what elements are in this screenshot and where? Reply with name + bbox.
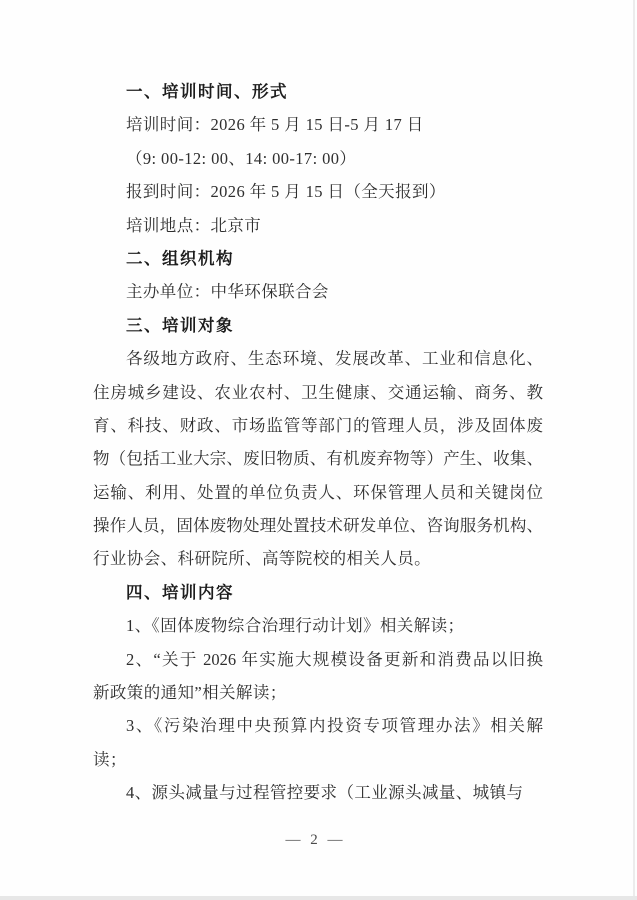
document-page: 一、培训时间、形式 培训时间：2026 年 5 月 15 日-5 月 17 日 … [0,0,637,900]
page-number: — 2 — [0,832,631,849]
content-item-2-line: 2、“关于 2026 年实施大规模设备更新和消费品以旧换 [93,643,543,676]
section-3-heading: 三、培训对象 [93,309,543,342]
section-4-heading: 四、培训内容 [93,576,543,609]
document-body: 一、培训时间、形式 培训时间：2026 年 5 月 15 日-5 月 17 日 … [93,75,543,810]
audience-paragraph-line: 各级地方政府、生态环境、发展改革、工业和信息化、 [93,342,543,375]
content-item-3-line: 3、《污染治理中央预算内投资专项管理办法》相关解 [93,709,543,742]
content-item-2-line: 新政策的通知”相关解读； [93,676,543,709]
audience-paragraph-line: 行业协会、科研院所、高等院校的相关人员。 [93,542,543,575]
audience-paragraph-line: 住房城乡建设、农业农村、卫生健康、交通运输、商务、教 [93,376,543,409]
scan-edge-artifact [0,896,637,900]
content-item-1-line: 1、《固体废物综合治理行动计划》相关解读； [93,609,543,642]
content-item-4-line: 4、源头减量与过程管控要求（工业源头减量、城镇与 [93,776,543,809]
audience-paragraph-line: 操作人员，固体废物处理处置技术研发单位、咨询服务机构、 [93,509,543,542]
training-location-line: 培训地点：北京市 [93,209,543,242]
audience-paragraph-line: 物（包括工业大宗、废旧物质、有机废弃物等）产生、收集、 [93,442,543,475]
audience-paragraph-line: 育、科技、财政、市场监管等部门的管理人员，涉及固体废 [93,409,543,442]
section-2-heading: 二、组织机构 [93,242,543,275]
content-item-3-line: 读； [93,743,543,776]
audience-paragraph-line: 运输、利用、处置的单位负责人、环保管理人员和关键岗位 [93,476,543,509]
organizer-line: 主办单位：中华环保联合会 [93,275,543,308]
training-time-line: 培训时间：2026 年 5 月 15 日-5 月 17 日 [93,108,543,141]
training-hours-line: （9: 00-12: 00、14: 00-17: 00） [93,142,543,175]
section-1-heading: 一、培训时间、形式 [93,75,543,108]
checkin-time-line: 报到时间：2026 年 5 月 15 日（全天报到） [93,175,543,208]
scan-edge-artifact [633,0,635,900]
